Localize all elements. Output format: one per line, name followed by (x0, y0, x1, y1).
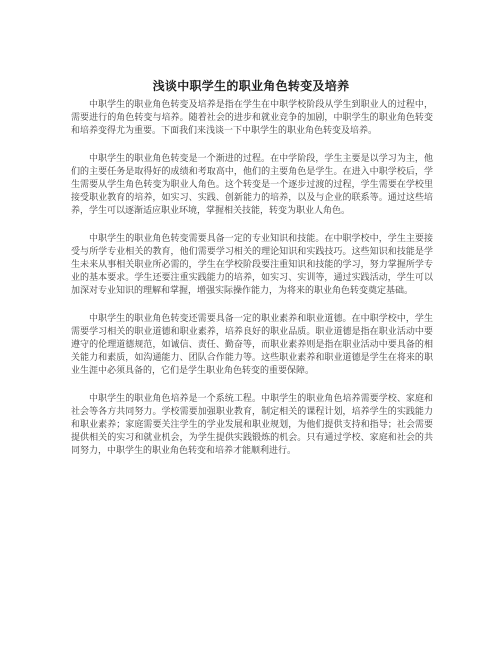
document-page: 浅谈中职学生的职业角色转变及培养 中职学生的职业角色转变及培养是指在学生在中职学… (0, 0, 502, 649)
document-title: 浅谈中职学生的职业角色转变及培养 (0, 79, 502, 93)
document-body: 中职学生的职业角色转变及培养是指在学生在中职学校阶段从学生到职业人的过程中，需要… (71, 99, 433, 473)
paragraph-gradual-transition: 中职学生的职业角色转变是一个渐进的过程。在中学阶段，学生主要是以学习为主，他们的… (71, 153, 433, 218)
paragraph-intro: 中职学生的职业角色转变及培养是指在学生在中职学校阶段从学生到职业人的过程中，需要… (71, 99, 433, 138)
paragraph-systematic-cultivation: 中职学生的职业角色培养是一个系统工程。中职学生的职业角色培养需要学校、家庭和社会… (71, 393, 433, 458)
paragraph-knowledge-skills: 中职学生的职业角色转变需要具备一定的专业知识和技能。在中职学校中，学生主要接受与… (71, 233, 433, 298)
paragraph-professional-ethics: 中职学生的职业角色转变还需要具备一定的职业素养和职业道德。在中职学校中，学生需要… (71, 313, 433, 378)
